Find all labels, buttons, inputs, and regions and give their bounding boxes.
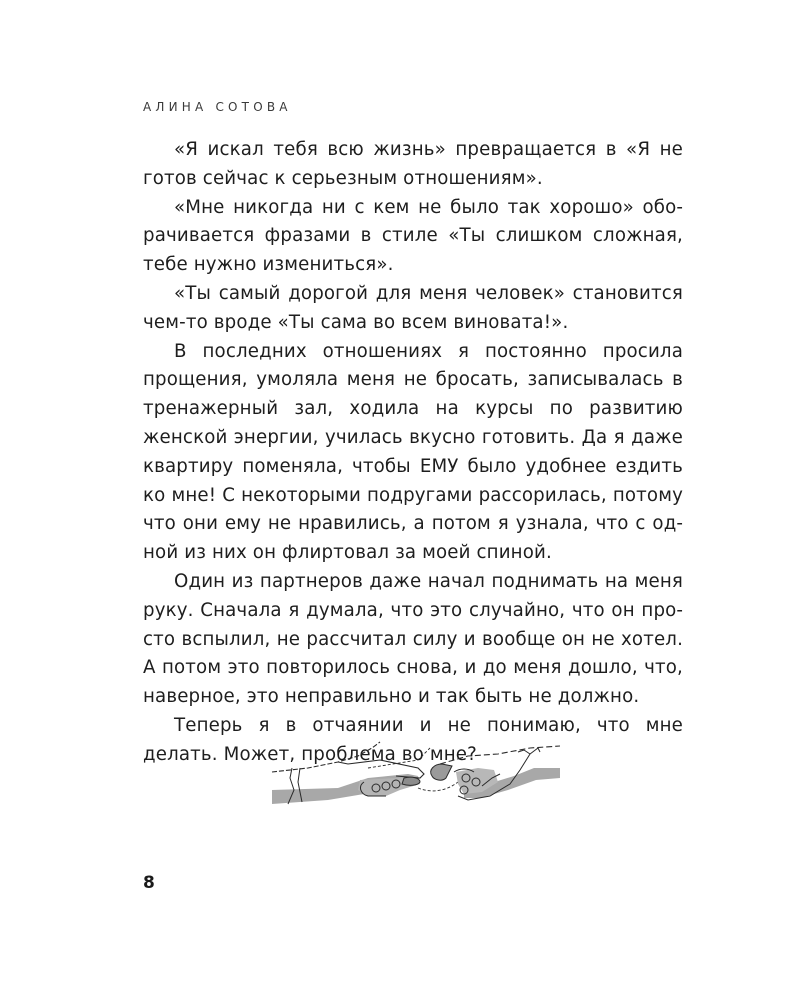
paragraph: В последних отношениях я постоянно проси… (143, 338, 683, 568)
reaching-hands-icon (268, 738, 560, 812)
running-head-author: АЛИНА СОТОВА (143, 100, 292, 114)
paragraph: «Ты самый дорогой для меня человек» стан… (143, 280, 683, 338)
body-text: «Я искал тебя всю жизнь» превращается в … (143, 136, 683, 770)
paragraph: «Я искал тебя всю жизнь» превращается в … (143, 136, 683, 194)
page-number: 8 (143, 873, 155, 893)
paragraph: Один из партнеров даже начал поднимать н… (143, 568, 683, 712)
paragraph: «Мне никогда ни с кем не было так хорошо… (143, 194, 683, 280)
